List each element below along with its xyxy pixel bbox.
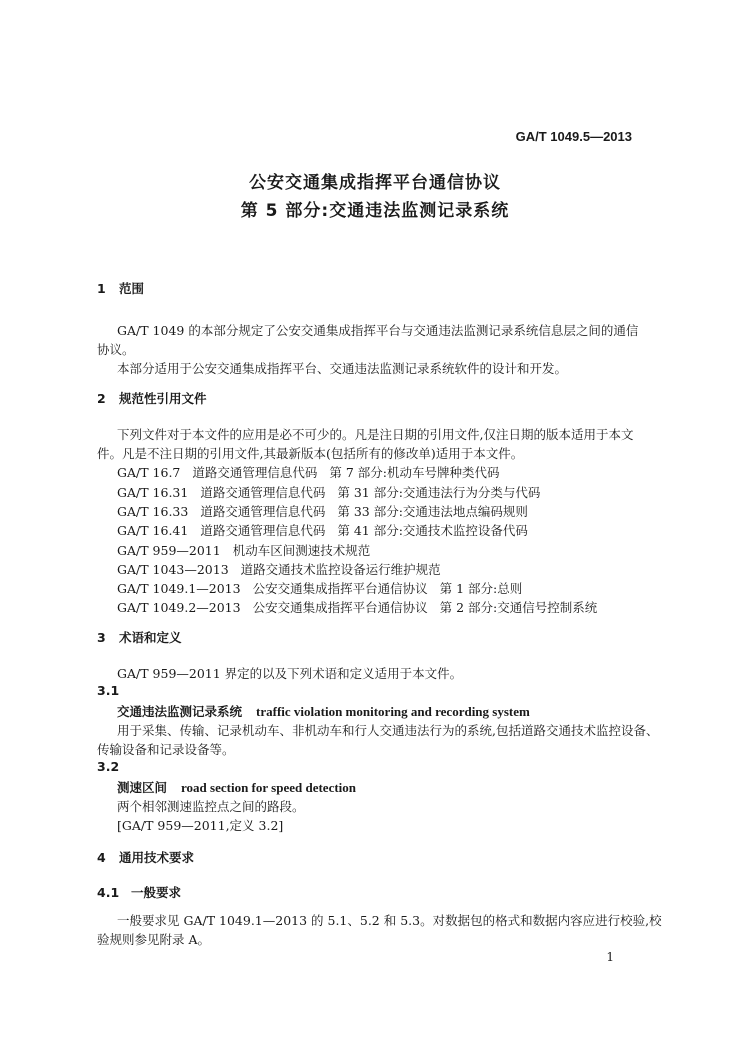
term-en: traffic violation monitoring and recordi…	[256, 704, 530, 719]
reference-title: 机动车区间测速技术规范	[233, 543, 371, 558]
section-2-para-line1: 下列文件对于本文件的应用是必不可少的。凡是注日期的引用文件,仅注日期的版本适用于…	[117, 425, 633, 443]
document-title-line2: 第 5 部分:交通违法监测记录系统	[0, 196, 750, 221]
reference-title: 道路交通管理信息代码	[192, 465, 317, 480]
reference-title: 道路交通管理信息代码	[200, 523, 325, 538]
reference-part: 第 33 部分:交通违法地点编码规则	[337, 504, 528, 519]
section-1-para2: 本部分适用于公安交通集成指挥平台、交通违法监测记录系统软件的设计和开发。	[117, 359, 567, 377]
section-title: 范围	[119, 281, 144, 296]
reference-item: GA/T 16.31道路交通管理信息代码第 31 部分:交通违法行为分类与代码	[117, 483, 540, 501]
subsection-4-1-para-line1: 一般要求见 GA/T 1049.1—2013 的 5.1、5.2 和 5.3。对…	[117, 911, 662, 929]
term-zh: 交通违法监测记录系统	[117, 704, 242, 719]
reference-part: 第 1 部分:总则	[440, 581, 523, 596]
section-3-heading: 3术语和定义	[97, 628, 182, 646]
reference-part: 第 41 部分:交通技术监控设备代码	[337, 523, 528, 538]
reference-code: GA/T 1043—2013	[117, 562, 229, 577]
reference-title: 道路交通管理信息代码	[200, 504, 325, 519]
reference-title: 公安交通集成指挥平台通信协议	[253, 600, 428, 615]
term-definition-line1: 用于采集、传输、记录机动车、非机动车和行人交通违法行为的系统,包括道路交通技术监…	[117, 721, 658, 739]
reference-item: GA/T 16.33道路交通管理信息代码第 33 部分:交通违法地点编码规则	[117, 502, 528, 520]
section-2-heading: 2规范性引用文件	[97, 389, 207, 407]
reference-part: 第 7 部分:机动车号牌种类代码	[329, 465, 499, 480]
section-number: 4	[97, 850, 119, 865]
reference-code: GA/T 1049.2—2013	[117, 600, 241, 615]
document-title-line1: 公安交通集成指挥平台通信协议	[0, 168, 750, 193]
term-definition-line2: 传输设备和记录设备等。	[97, 740, 235, 758]
section-number: 1	[97, 281, 119, 296]
term-zh: 测速区间	[117, 780, 167, 795]
subsection-number: 4.1	[97, 885, 131, 900]
reference-item: GA/T 1049.1—2013公安交通集成指挥平台通信协议第 1 部分:总则	[117, 579, 522, 597]
section-number: 3	[97, 630, 119, 645]
section-1-para1-line2: 协议。	[97, 340, 135, 358]
reference-code: GA/T 16.31	[117, 485, 188, 500]
reference-part: 第 31 部分:交通违法行为分类与代码	[337, 485, 540, 500]
subsection-4-1-heading: 4.1一般要求	[97, 883, 181, 901]
term-en: road section for speed detection	[181, 780, 356, 795]
reference-part: 第 2 部分:交通信号控制系统	[440, 600, 598, 615]
section-3-intro: GA/T 959—2011 界定的以及下列术语和定义适用于本文件。	[117, 664, 462, 682]
subsection-title: 一般要求	[131, 885, 181, 900]
reference-item: GA/T 959—2011机动车区间测速技术规范	[117, 541, 370, 559]
term-source: [GA/T 959—2011,定义 3.2]	[117, 816, 283, 834]
reference-item: GA/T 1043—2013道路交通技术监控设备运行维护规范	[117, 560, 441, 578]
reference-code: GA/T 959—2011	[117, 543, 221, 558]
subsection-4-1-para-line2: 验规则参见附录 A。	[97, 930, 210, 948]
term-heading: 测速区间road section for speed detection	[117, 778, 356, 796]
reference-title: 公安交通集成指挥平台通信协议	[253, 581, 428, 596]
section-number: 2	[97, 391, 119, 406]
reference-code: GA/T 16.7	[117, 465, 180, 480]
page-number: 1	[606, 950, 614, 964]
section-4-heading: 4通用技术要求	[97, 848, 194, 866]
term-number: 3.1	[97, 683, 119, 698]
term-heading: 交通违法监测记录系统traffic violation monitoring a…	[117, 702, 530, 720]
reference-code: GA/T 1049.1—2013	[117, 581, 241, 596]
reference-item: GA/T 16.41道路交通管理信息代码第 41 部分:交通技术监控设备代码	[117, 521, 528, 539]
section-2-para-line2: 件。凡是不注日期的引用文件,其最新版本(包括所有的修改单)适用于本文件。	[97, 444, 523, 462]
reference-code: GA/T 16.33	[117, 504, 188, 519]
term-number: 3.2	[97, 759, 119, 774]
section-title: 通用技术要求	[119, 850, 194, 865]
section-title: 规范性引用文件	[119, 391, 207, 406]
term-definition-line1: 两个相邻测速监控点之间的路段。	[117, 797, 305, 815]
reference-item: GA/T 16.7道路交通管理信息代码第 7 部分:机动车号牌种类代码	[117, 463, 500, 481]
standard-code: GA/T 1049.5—2013	[516, 129, 632, 144]
section-1-heading: 1范围	[97, 279, 144, 297]
reference-item: GA/T 1049.2—2013公安交通集成指挥平台通信协议第 2 部分:交通信…	[117, 598, 597, 616]
reference-title: 道路交通技术监控设备运行维护规范	[241, 562, 441, 577]
reference-code: GA/T 16.41	[117, 523, 188, 538]
section-1-para1-line1: GA/T 1049 的本部分规定了公安交通集成指挥平台与交通违法监测记录系统信息…	[117, 321, 638, 339]
section-title: 术语和定义	[119, 630, 182, 645]
reference-title: 道路交通管理信息代码	[200, 485, 325, 500]
